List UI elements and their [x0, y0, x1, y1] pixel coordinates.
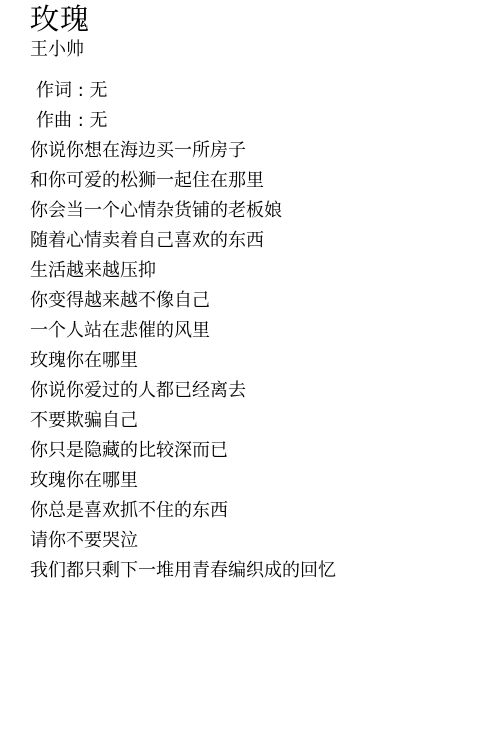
lyric-line: 随着心情卖着自己喜欢的东西	[30, 226, 500, 256]
credits: 作词 : 无 作曲 : 无	[30, 76, 500, 136]
lyric-line: 一个人站在悲催的风里	[30, 316, 500, 346]
lyric-line: 和你可爱的松狮一起住在那里	[30, 166, 500, 196]
lyric-line: 你总是喜欢抓不住的东西	[30, 496, 500, 526]
lyric-line: 你会当一个心情杂货铺的老板娘	[30, 196, 500, 226]
lyrics-list: 你说你想在海边买一所房子 和你可爱的松狮一起住在那里 你会当一个心情杂货铺的老板…	[30, 136, 500, 586]
lyric-line: 你变得越来越不像自己	[30, 286, 500, 316]
lyric-line: 你只是隐藏的比较深而已	[30, 436, 500, 466]
lyric-line: 我们都只剩下一堆用青春编织成的回忆	[30, 556, 500, 586]
lyric-line: 生活越来越压抑	[30, 256, 500, 286]
composer-credit: 作曲 : 无	[30, 106, 500, 136]
lyric-line: 玫瑰你在哪里	[30, 346, 500, 376]
artist-name: 王小帅	[30, 36, 500, 64]
lyricist-credit: 作词 : 无	[30, 76, 500, 106]
lyric-line: 你说你想在海边买一所房子	[30, 136, 500, 166]
lyric-line: 你说你爱过的人都已经离去	[30, 376, 500, 406]
lyric-line: 不要欺骗自己	[30, 406, 500, 436]
song-title: 玫瑰	[30, 0, 500, 36]
lyric-line: 请你不要哭泣	[30, 526, 500, 556]
lyric-line: 玫瑰你在哪里	[30, 466, 500, 496]
lyrics-page: 玫瑰 王小帅 作词 : 无 作曲 : 无 你说你想在海边买一所房子 和你可爱的松…	[0, 0, 500, 586]
